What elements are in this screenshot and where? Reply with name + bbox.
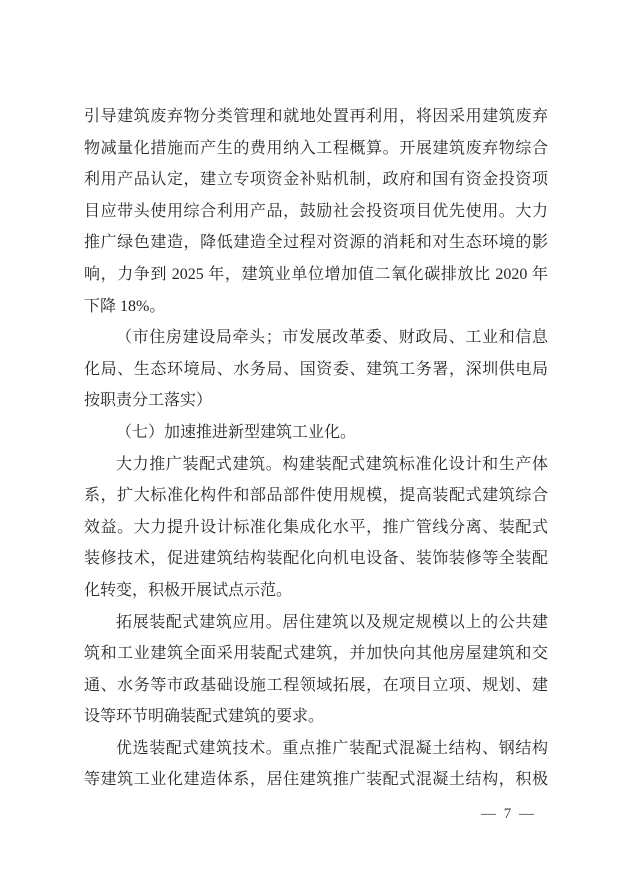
text-line: 引导建筑废弃物分类管理和就地处置再利用，将因采用建筑废弃 xyxy=(84,101,548,133)
text-line: 按职责分工落实） xyxy=(84,385,548,417)
paragraph-prefab-technology: 优选装配式建筑技术。重点推广装配式混凝土结构、钢结构 等建筑工业化建造体系，居住… xyxy=(84,733,548,796)
text-line: 推广绿色建造，降低建造全过程对资源的消耗和对生态环境的影 xyxy=(84,227,548,259)
text-line: 下降 18%。 xyxy=(84,291,548,323)
text-line: 利用产品认定，建立专项资金补贴机制，政府和国有资金投资项 xyxy=(84,164,548,196)
document-page: 引导建筑废弃物分类管理和就地处置再利用，将因采用建筑废弃 物减量化措施而产生的费… xyxy=(0,0,630,891)
text-line: 化局、生态环境局、水务局、国资委、建筑工务署，深圳供电局 xyxy=(84,354,548,386)
text-line: 拓展装配式建筑应用。居住建筑以及规定规模以上的公共建 xyxy=(84,607,548,639)
page-number: — 7 — xyxy=(481,804,536,824)
text-line: 系，扩大标准化构件和部品部件使用规模，提高装配式建筑综合 xyxy=(84,480,548,512)
text-line: 等建筑工业化建造体系，居住建筑推广装配式混凝土结构，积极 xyxy=(84,764,548,796)
paragraph-responsible-agencies: （市住房建设局牵头；市发展改革委、财政局、工业和信息 化局、生态环境局、水务局、… xyxy=(84,322,548,417)
paragraph-waste-reuse: 引导建筑废弃物分类管理和就地处置再利用，将因采用建筑废弃 物减量化措施而产生的费… xyxy=(84,101,548,322)
text-line: 优选装配式建筑技术。重点推广装配式混凝土结构、钢结构 xyxy=(84,733,548,765)
text-line: （市住房建设局牵头；市发展改革委、财政局、工业和信息 xyxy=(84,322,548,354)
text-line: 设等环节明确装配式建筑的要求。 xyxy=(84,701,548,733)
text-line: 通、水务等市政基础设施工程领域拓展，在项目立项、规划、建 xyxy=(84,670,548,702)
text-line: 化转变，积极开展试点示范。 xyxy=(84,575,548,607)
section-heading-7: （七）加速推进新型建筑工业化。 xyxy=(84,417,548,449)
text-line: 物减量化措施而产生的费用纳入工程概算。开展建筑废弃物综合 xyxy=(84,133,548,165)
section-heading-line: （七）加速推进新型建筑工业化。 xyxy=(84,417,548,449)
text-line: 大力推广装配式建筑。构建装配式建筑标准化设计和生产体 xyxy=(84,449,548,481)
text-line: 效益。大力提升设计标准化集成化水平，推广管线分离、装配式 xyxy=(84,512,548,544)
text-line: 响，力争到 2025 年，建筑业单位增加值二氧化碳排放比 2020 年 xyxy=(84,259,548,291)
text-line: 装修技术，促进建筑结构装配化向机电设备、装饰装修等全装配 xyxy=(84,543,548,575)
text-line: 筑和工业建筑全面采用装配式建筑，并加快向其他房屋建筑和交 xyxy=(84,638,548,670)
document-body: 引导建筑废弃物分类管理和就地处置再利用，将因采用建筑废弃 物减量化措施而产生的费… xyxy=(84,101,548,796)
text-line: 目应带头使用综合利用产品，鼓励社会投资项目优先使用。大力 xyxy=(84,196,548,228)
paragraph-prefab-application: 拓展装配式建筑应用。居住建筑以及规定规模以上的公共建 筑和工业建筑全面采用装配式… xyxy=(84,607,548,733)
paragraph-prefab-promotion: 大力推广装配式建筑。构建装配式建筑标准化设计和生产体 系，扩大标准化构件和部品部… xyxy=(84,449,548,607)
